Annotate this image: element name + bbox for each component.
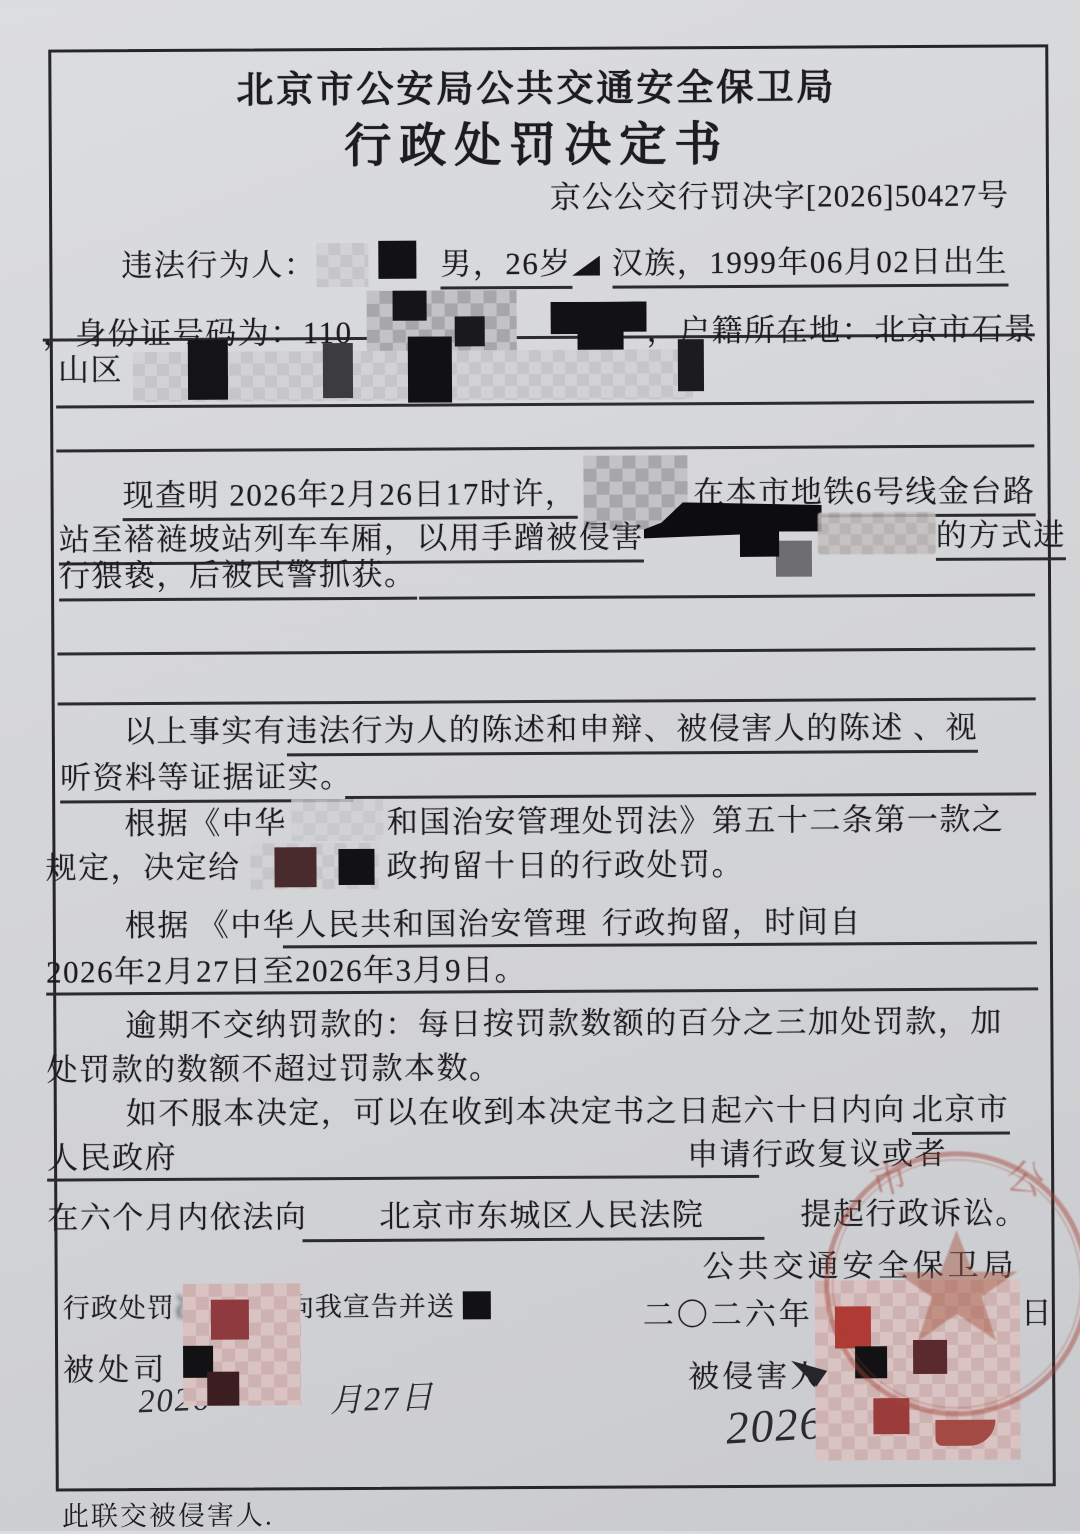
latefee-text-2: 处罚款的数额不超过罚款本数。 [46, 1050, 501, 1087]
ruling-decision-b: 政拘留十日的行政处罚。 [386, 847, 744, 884]
evidence-line-2: 听资料等证据证实。 [60, 751, 353, 798]
latefee-text-1: 逾期不交纳罚款的：每日按罚款数额的百分之三加处罚款，加 [125, 1004, 1003, 1044]
facts-line-3: 行猥亵，后被民警抓获。 [59, 549, 417, 596]
latefee-line-2: 处罚款的数额不超过罚款本数。 [46, 1042, 501, 1089]
redaction-cell [392, 291, 426, 321]
ack-statement-a: 行政处罚 [63, 1293, 175, 1324]
document-number: 京公公交行罚决字[2026]50427号 [0, 170, 1009, 220]
ruling-law-b: 和国治安管理处罚法》第五十二条第一款之 [387, 802, 1005, 840]
redaction-cell [678, 339, 704, 391]
ruling-decision-a: 规定，决定给 [45, 850, 240, 886]
facts-arrest-text: 行猥亵，后被民警抓获。 [59, 557, 417, 602]
facts-method-text: 的方式进 [936, 517, 1066, 561]
ruling-line-2: 规定，决定给政拘留十日的行政处罚。 [45, 839, 744, 891]
signoff-date-year: 二〇二六年 [643, 1297, 813, 1333]
appeal-court-text: 北京市东城区人民法院 [379, 1197, 704, 1234]
ack-statement-c: 向我宣告并送 [287, 1291, 455, 1322]
stamp-char-right: 公 [1002, 1155, 1048, 1204]
redaction-cell [188, 340, 228, 400]
violator-line-1: 违法行为人：男，26岁汉族，1999年06月02日出生 [121, 236, 1008, 289]
redaction-cell [408, 336, 452, 402]
redaction-law-mosaic [291, 799, 383, 841]
household-text: ，户籍所在地：北京市石景 [646, 311, 1036, 348]
violator-ethnic-birth: 汉族，1999年06月02日出生 [612, 244, 1008, 289]
redaction-cell [211, 1300, 249, 1340]
redaction-gray-cell [776, 541, 812, 577]
redaction-cell [207, 1372, 239, 1406]
hw-left-monthday: 月27日 [328, 1371, 435, 1422]
redaction-name-block [378, 241, 416, 279]
redaction-cell [323, 343, 353, 398]
violator-gender-age: 男，26岁 [440, 246, 572, 290]
redaction-cell [274, 847, 316, 887]
detention-line-1: 根据《中华人民共和国治安管理行政拘留，时间自 [125, 896, 862, 945]
document-title: 行政处罚决定书 [0, 105, 1077, 178]
detention-line-2: 2026年2月27日至2026年3月9日。 [46, 944, 527, 992]
ruling-law-a: 根据《中华 [124, 805, 287, 841]
redaction-wedge [572, 256, 600, 276]
violator-line-3: 山区 [58, 341, 693, 402]
appeal-text-1: 如不服本决定，可以在收到本决定书之日起六十日内向 [126, 1092, 906, 1131]
district-text: 山区 [58, 352, 123, 387]
violator-label: 违法行为人： [121, 247, 316, 283]
redaction-name-mosaic [316, 243, 368, 287]
detention-dates-text: 2026年2月27日至2026年3月9日。 [46, 952, 527, 990]
latefee-line-1: 逾期不交纳罚款的：每日按罚款数额的百分之三加处罚款，加 [125, 996, 1003, 1046]
ruling-line-1: 根据《中华和国治安管理处罚法》第五十二条第一款之 [124, 794, 1004, 844]
detention-basis-b: 《中华人民共和国治安管理 [198, 906, 588, 943]
evidence-list-text: 违法行为人的陈述和申辩、被侵害人的陈述 、视 [286, 710, 978, 757]
stamp-star-icon [895, 1230, 1018, 1342]
copy-distribution-note: 此联交被侵害人. [62, 1493, 274, 1531]
evidence-intro-text: 以上事实有 [124, 713, 287, 749]
evidence-line-1: 以上事实有违法行为人的陈述和申辩、被侵害人的陈述 、视 [124, 702, 978, 751]
redaction-decision-mosaic [250, 843, 378, 890]
detention-basis-c: 行政拘留，时间自 [602, 904, 862, 940]
signature-mosaic-left [183, 1283, 302, 1406]
redaction-cell [338, 849, 374, 885]
document-photo: 北京市公安局公共交通安全保卫局 行政处罚决定书 京公公交行罚决字[2026]50… [0, 0, 1080, 1531]
official-red-stamp: 市 公 [808, 1133, 1080, 1435]
redaction-smudge [818, 512, 936, 555]
appeal-lawsuit-intro: 在六个月内依法向 [47, 1199, 307, 1235]
appeal-line-1: 如不服本决定，可以在收到本决定书之日起六十日内向北京市 [126, 1084, 1010, 1134]
redaction-ack-block [463, 1291, 491, 1319]
detention-basis-a: 根据 [125, 908, 190, 943]
redaction-address-mosaic [133, 349, 693, 402]
appeal-gov-text: 人民政府 [47, 1140, 177, 1176]
